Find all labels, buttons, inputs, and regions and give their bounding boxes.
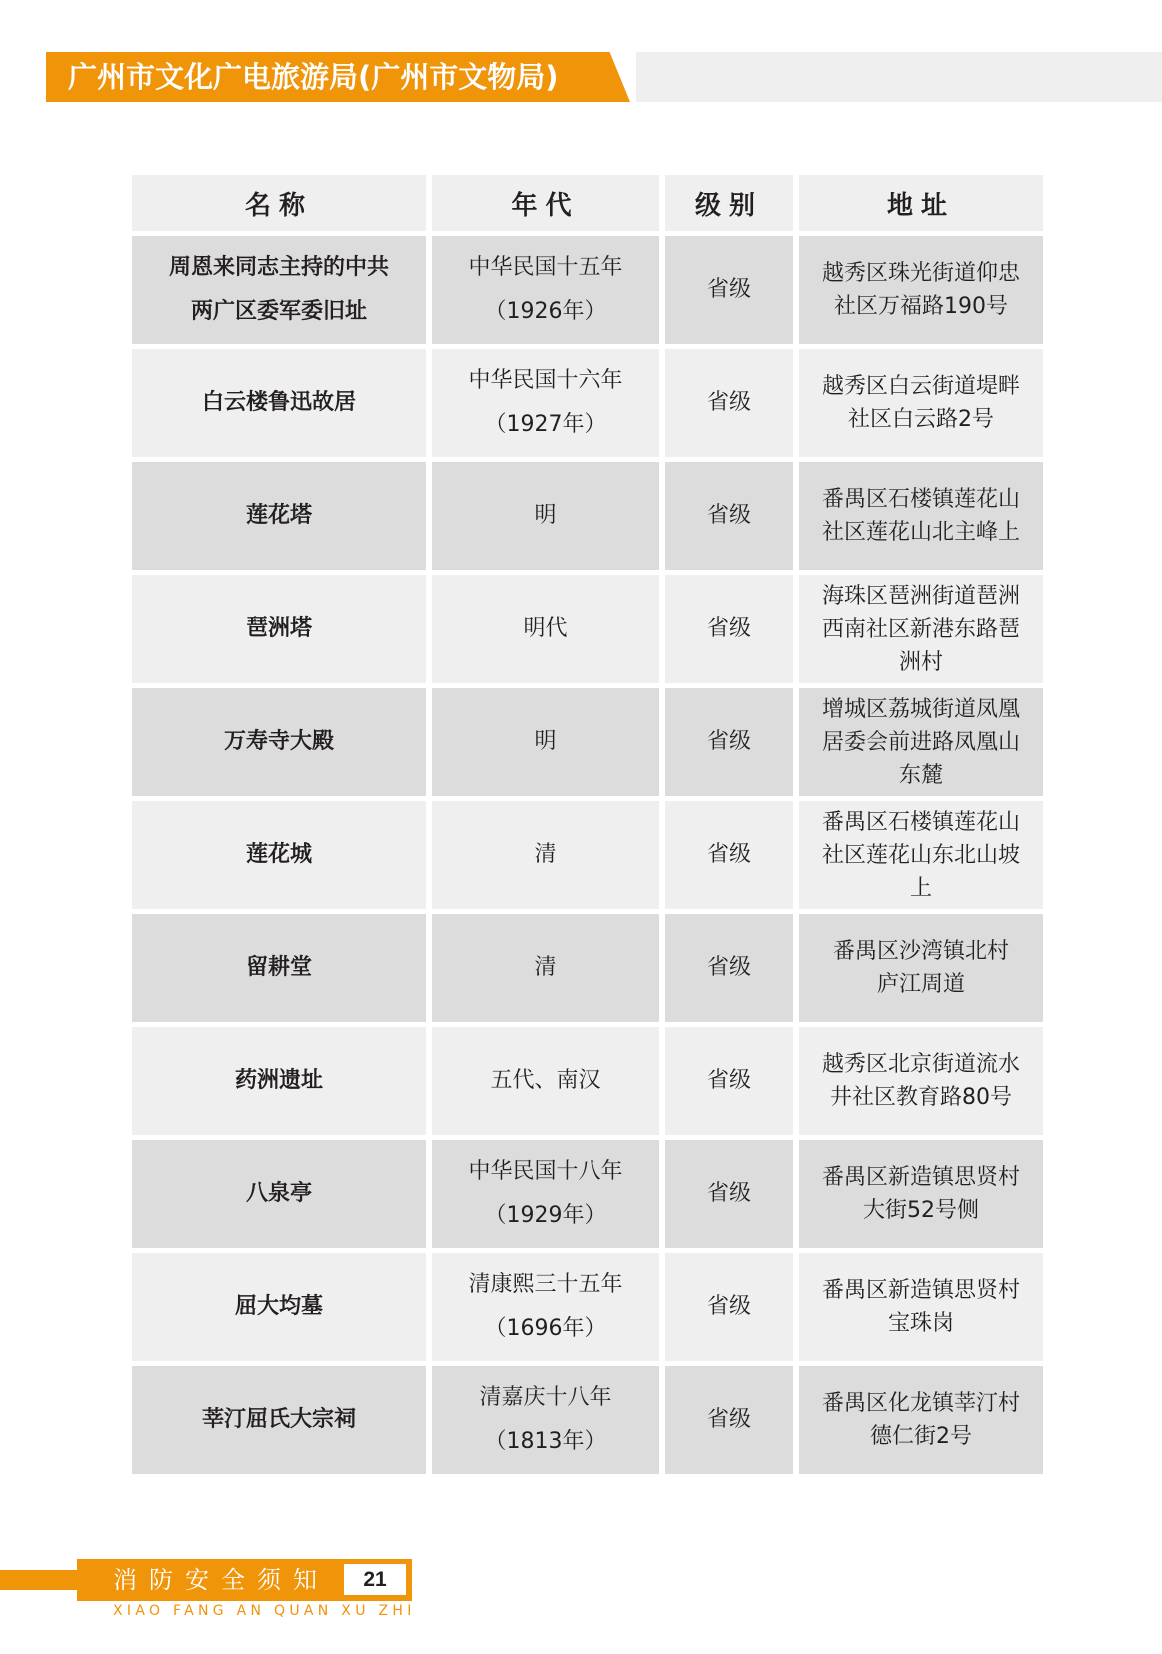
cell-level: 省级 [665,462,793,570]
cell-era: 明 [432,688,659,796]
cell-era: 明 [432,462,659,570]
cell-level: 省级 [665,914,793,1022]
cell-name: 八泉亭 [132,1140,426,1248]
table-row: 万寿寺大殿 明 省级 增城区荔城街道凤凰 居委会前进路凤凰山 东麓 [132,688,1043,796]
cell-address: 越秀区珠光街道仰忠 社区万福路190号 [799,236,1043,344]
header-banner: 广州市文化广电旅游局(广州市文物局) [46,52,630,102]
page-title: 广州市文化广电旅游局(广州市文物局) [68,52,559,102]
table-row: 白云楼鲁迅故居 中华民国十六年 （1927年） 省级 越秀区白云街道堤畔 社区白… [132,349,1043,457]
cell-level: 省级 [665,575,793,683]
cell-address: 番禺区沙湾镇北村 庐江周道 [799,914,1043,1022]
column-header-name: 名称 [132,175,426,231]
cell-address: 番禺区石楼镇莲花山 社区莲花山东北山坡 上 [799,801,1043,909]
cell-address: 番禺区新造镇思贤村 大街52号侧 [799,1140,1043,1248]
table-row: 莲花塔 明 省级 番禺区石楼镇莲花山 社区莲花山北主峰上 [132,462,1043,570]
cell-era: 五代、南汉 [432,1027,659,1135]
cell-level: 省级 [665,236,793,344]
cell-name: 周恩来同志主持的中共 两广区委军委旧址 [132,236,426,344]
cell-address: 番禺区石楼镇莲花山 社区莲花山北主峰上 [799,462,1043,570]
column-header-era: 年代 [432,175,659,231]
cell-name: 白云楼鲁迅故居 [132,349,426,457]
cell-level: 省级 [665,1140,793,1248]
cell-era: 清康熙三十五年 （1696年） [432,1253,659,1361]
cell-level: 省级 [665,1366,793,1474]
table-row: 药洲遗址 五代、南汉 省级 越秀区北京街道流水 井社区教育路80号 [132,1027,1043,1135]
cell-name: 琶洲塔 [132,575,426,683]
heritage-table: 名称 年代 级别 地址 周恩来同志主持的中共 两广区委军委旧址 中华民国十五年 … [132,175,1043,1479]
column-header-level: 级别 [665,175,793,231]
cell-address: 越秀区白云街道堤畔 社区白云路2号 [799,349,1043,457]
cell-address: 番禺区化龙镇莘汀村 德仁街2号 [799,1366,1043,1474]
cell-address: 增城区荔城街道凤凰 居委会前进路凤凰山 东麓 [799,688,1043,796]
table-header-row: 名称 年代 级别 地址 [132,175,1043,231]
cell-name: 药洲遗址 [132,1027,426,1135]
cell-era: 清嘉庆十八年 （1813年） [432,1366,659,1474]
footer-accent-line [0,1570,80,1590]
table-row: 屈大均墓 清康熙三十五年 （1696年） 省级 番禺区新造镇思贤村 宝珠岗 [132,1253,1043,1361]
cell-name: 屈大均墓 [132,1253,426,1361]
cell-era: 清 [432,801,659,909]
cell-level: 省级 [665,1253,793,1361]
cell-level: 省级 [665,349,793,457]
footer-pinyin: XIAO FANG AN QUAN XU ZHI [113,1603,416,1619]
column-header-address: 地址 [799,175,1043,231]
cell-name: 莲花塔 [132,462,426,570]
table-row: 莘汀屈氏大宗祠 清嘉庆十八年 （1813年） 省级 番禺区化龙镇莘汀村 德仁街2… [132,1366,1043,1474]
table-row: 莲花城 清 省级 番禺区石楼镇莲花山 社区莲花山东北山坡 上 [132,801,1043,909]
cell-level: 省级 [665,801,793,909]
footer-banner: 消防安全须知 21 [77,1559,412,1601]
cell-address: 番禺区新造镇思贤村 宝珠岗 [799,1253,1043,1361]
table-row: 琶洲塔 明代 省级 海珠区琶洲街道琶洲 西南社区新港东路琶 洲村 [132,575,1043,683]
cell-era: 中华民国十五年 （1926年） [432,236,659,344]
cell-era: 中华民国十六年 （1927年） [432,349,659,457]
header-band [636,52,1162,102]
cell-era: 明代 [432,575,659,683]
cell-name: 万寿寺大殿 [132,688,426,796]
cell-name: 留耕堂 [132,914,426,1022]
cell-level: 省级 [665,688,793,796]
cell-address: 越秀区北京街道流水 井社区教育路80号 [799,1027,1043,1135]
cell-name: 莲花城 [132,801,426,909]
cell-level: 省级 [665,1027,793,1135]
page-number: 21 [344,1564,406,1595]
table-row: 周恩来同志主持的中共 两广区委军委旧址 中华民国十五年 （1926年） 省级 越… [132,236,1043,344]
cell-name: 莘汀屈氏大宗祠 [132,1366,426,1474]
cell-address: 海珠区琶洲街道琶洲 西南社区新港东路琶 洲村 [799,575,1043,683]
cell-era: 清 [432,914,659,1022]
footer-title: 消防安全须知 [113,1559,329,1601]
cell-era: 中华民国十八年 （1929年） [432,1140,659,1248]
table-row: 八泉亭 中华民国十八年 （1929年） 省级 番禺区新造镇思贤村 大街52号侧 [132,1140,1043,1248]
table-row: 留耕堂 清 省级 番禺区沙湾镇北村 庐江周道 [132,914,1043,1022]
